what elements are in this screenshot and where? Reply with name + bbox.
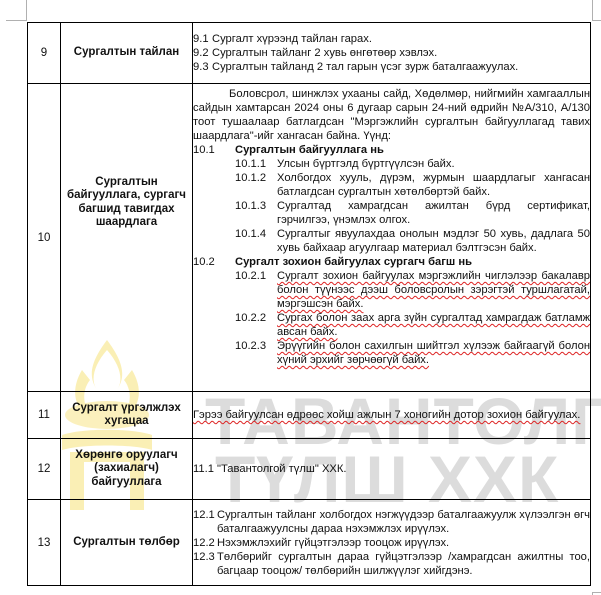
row-number: 11	[28, 392, 61, 439]
table-row: 11 Сургалт үргэлжлэх хугацаа Гэрээ байгу…	[28, 392, 591, 439]
row-title: Сургалтын төлбөр	[61, 500, 193, 586]
item-text: Эрүүгийн болон сахилгын шийтгэл хүлээж б…	[277, 339, 590, 367]
section-heading: 10.1Сургалтын байгууллага нь	[193, 143, 590, 157]
row-number: 13	[28, 500, 61, 586]
row-content: 12.1Сургалтын тайланг холбогдох нэгжүүдэ…	[193, 500, 591, 586]
section-title: Сургалтын байгууллага нь	[235, 143, 384, 157]
item-number: 9.2	[193, 46, 212, 60]
item-number: 10.1.1	[235, 157, 277, 171]
list-item: 9.1Сургалт хүрээнд тайлан гарах.	[193, 32, 590, 46]
item-number: 12.2	[193, 536, 217, 550]
section-heading: 10.2Сургалт зохион байгуулах сургагч баг…	[193, 255, 590, 269]
row-content: Боловсрол, шинжлэх ухааны сайд, Хөдөлмөр…	[193, 84, 591, 392]
item-text: Сургалтын тайланд 2 тал гарын үсэг зурж …	[212, 60, 590, 74]
item-text: Холбогдох хууль, дүрэм, журмын шаардлагы…	[277, 171, 590, 199]
item-number: 10.1.4	[235, 227, 277, 255]
table-row: 13 Сургалтын төлбөр 12.1Сургалтын тайлан…	[28, 500, 591, 586]
list-item: 11.1"Тавантолгой түлш" ХХК.	[193, 462, 590, 476]
row-content: 9.1Сургалт хүрээнд тайлан гарах. 9.2Сург…	[193, 23, 591, 84]
section-title: Сургалт зохион байгуулах сургагч багш нь	[235, 255, 472, 269]
item-text: Сургалтад хамрагдсан ажилтан бүрд сертиф…	[277, 199, 590, 227]
item-text: Сургалт зохион байгуулах мэргэжлийн чигл…	[277, 269, 590, 311]
item-text: Сургалтын тайланг холбогдох нэгжүүдээр б…	[217, 508, 590, 536]
row-number: 9	[28, 23, 61, 84]
table-row: 12 Хөрөнгө оруулагч (захиалагч) байгуулл…	[28, 439, 591, 500]
item-text: Сургалтыг явуулахдаа онолын мэдлэг 50 ху…	[277, 227, 590, 255]
section-number: 10.2	[193, 255, 235, 269]
row-title: Сургалтын тайлан	[61, 23, 193, 84]
item-number: 10.1.3	[235, 199, 277, 227]
list-item: 10.1.2Холбогдох хууль, дүрэм, журмын шаа…	[193, 171, 590, 199]
list-item: 12.2Нэхэмжлэхийг гүйцэтгэлээр тооцож ирү…	[193, 536, 590, 550]
item-text: Сургалт хүрээнд тайлан гарах.	[212, 32, 590, 46]
list-item: 9.2Сургалтын тайланг 2 хувь өнгөтөөр хэв…	[193, 46, 590, 60]
item-number: 9.3	[193, 60, 212, 74]
item-text: Төлбөрийг сургалтын дараа гүйцэтгэлээр /…	[217, 550, 590, 578]
list-item: 10.2.1Сургалт зохион байгуулах мэргэжлий…	[193, 269, 590, 311]
item-number: 12.3	[193, 550, 217, 578]
row-text: Гэрээ байгуулсан өдрөөс хойш ажлын 7 хон…	[193, 408, 590, 422]
row-title: Сургалт үргэлжлэх хугацаа	[61, 392, 193, 439]
list-item: 12.1Сургалтын тайланг холбогдох нэгжүүдэ…	[193, 508, 590, 536]
intro-paragraph: Боловсрол, шинжлэх ухааны сайд, Хөдөлмөр…	[193, 87, 590, 143]
row-number: 10	[28, 84, 61, 392]
list-item: 10.2.3Эрүүгийн болон сахилгын шийтгэл хү…	[193, 339, 590, 367]
list-item: 10.1.1Улсын бүртгэлд бүртгүүлсэн байх.	[193, 157, 590, 171]
page-corner-mark-top-right	[592, 0, 601, 21]
row-content: 11.1"Тавантолгой түлш" ХХК.	[193, 439, 591, 500]
row-number: 12	[28, 439, 61, 500]
item-number: 12.1	[193, 508, 217, 536]
item-number: 10.1.2	[235, 171, 277, 199]
list-item: 10.2.2Сургах болон заах арга зүйн сургал…	[193, 311, 590, 339]
item-text: "Тавантолгой түлш" ХХК.	[217, 462, 590, 476]
requirements-table: 9 Сургалтын тайлан 9.1Сургалт хүрээнд та…	[27, 22, 591, 586]
section-number: 10.1	[193, 143, 235, 157]
list-item: 12.3Төлбөрийг сургалтын дараа гүйцэтгэлэ…	[193, 550, 590, 578]
item-number: 10.2.1	[235, 269, 277, 311]
item-number: 10.2.2	[235, 311, 277, 339]
page-corner-mark-top-left	[6, 0, 27, 21]
item-number: 11.1	[193, 462, 217, 476]
list-item: 10.1.3Сургалтад хамрагдсан ажилтан бүрд …	[193, 199, 590, 227]
item-text: Нэхэмжлэхийг гүйцэтгэлээр тооцож ирүүлэх…	[217, 536, 590, 550]
list-item: 9.3Сургалтын тайланд 2 тал гарын үсэг зу…	[193, 60, 590, 74]
row-content: Гэрээ байгуулсан өдрөөс хойш ажлын 7 хон…	[193, 392, 591, 439]
item-text: Сургалтын тайланг 2 хувь өнгөтөөр хэвлэх…	[212, 46, 590, 60]
item-number: 10.2.3	[235, 339, 277, 367]
table-row: 9 Сургалтын тайлан 9.1Сургалт хүрээнд та…	[28, 23, 591, 84]
item-text: Сургах болон заах арга зүйн сургалтад ха…	[277, 311, 590, 339]
item-text: Улсын бүртгэлд бүртгүүлсэн байх.	[277, 157, 590, 171]
list-item: 10.1.4Сургалтыг явуулахдаа онолын мэдлэг…	[193, 227, 590, 255]
row-title: Сургалтын байгууллага, сургагч багшид та…	[61, 84, 193, 392]
item-number: 9.1	[193, 32, 212, 46]
row-title: Хөрөнгө оруулагч (захиалагч) байгууллага	[61, 439, 193, 500]
table-row: 10 Сургалтын байгууллага, сургагч багшид…	[28, 84, 591, 392]
